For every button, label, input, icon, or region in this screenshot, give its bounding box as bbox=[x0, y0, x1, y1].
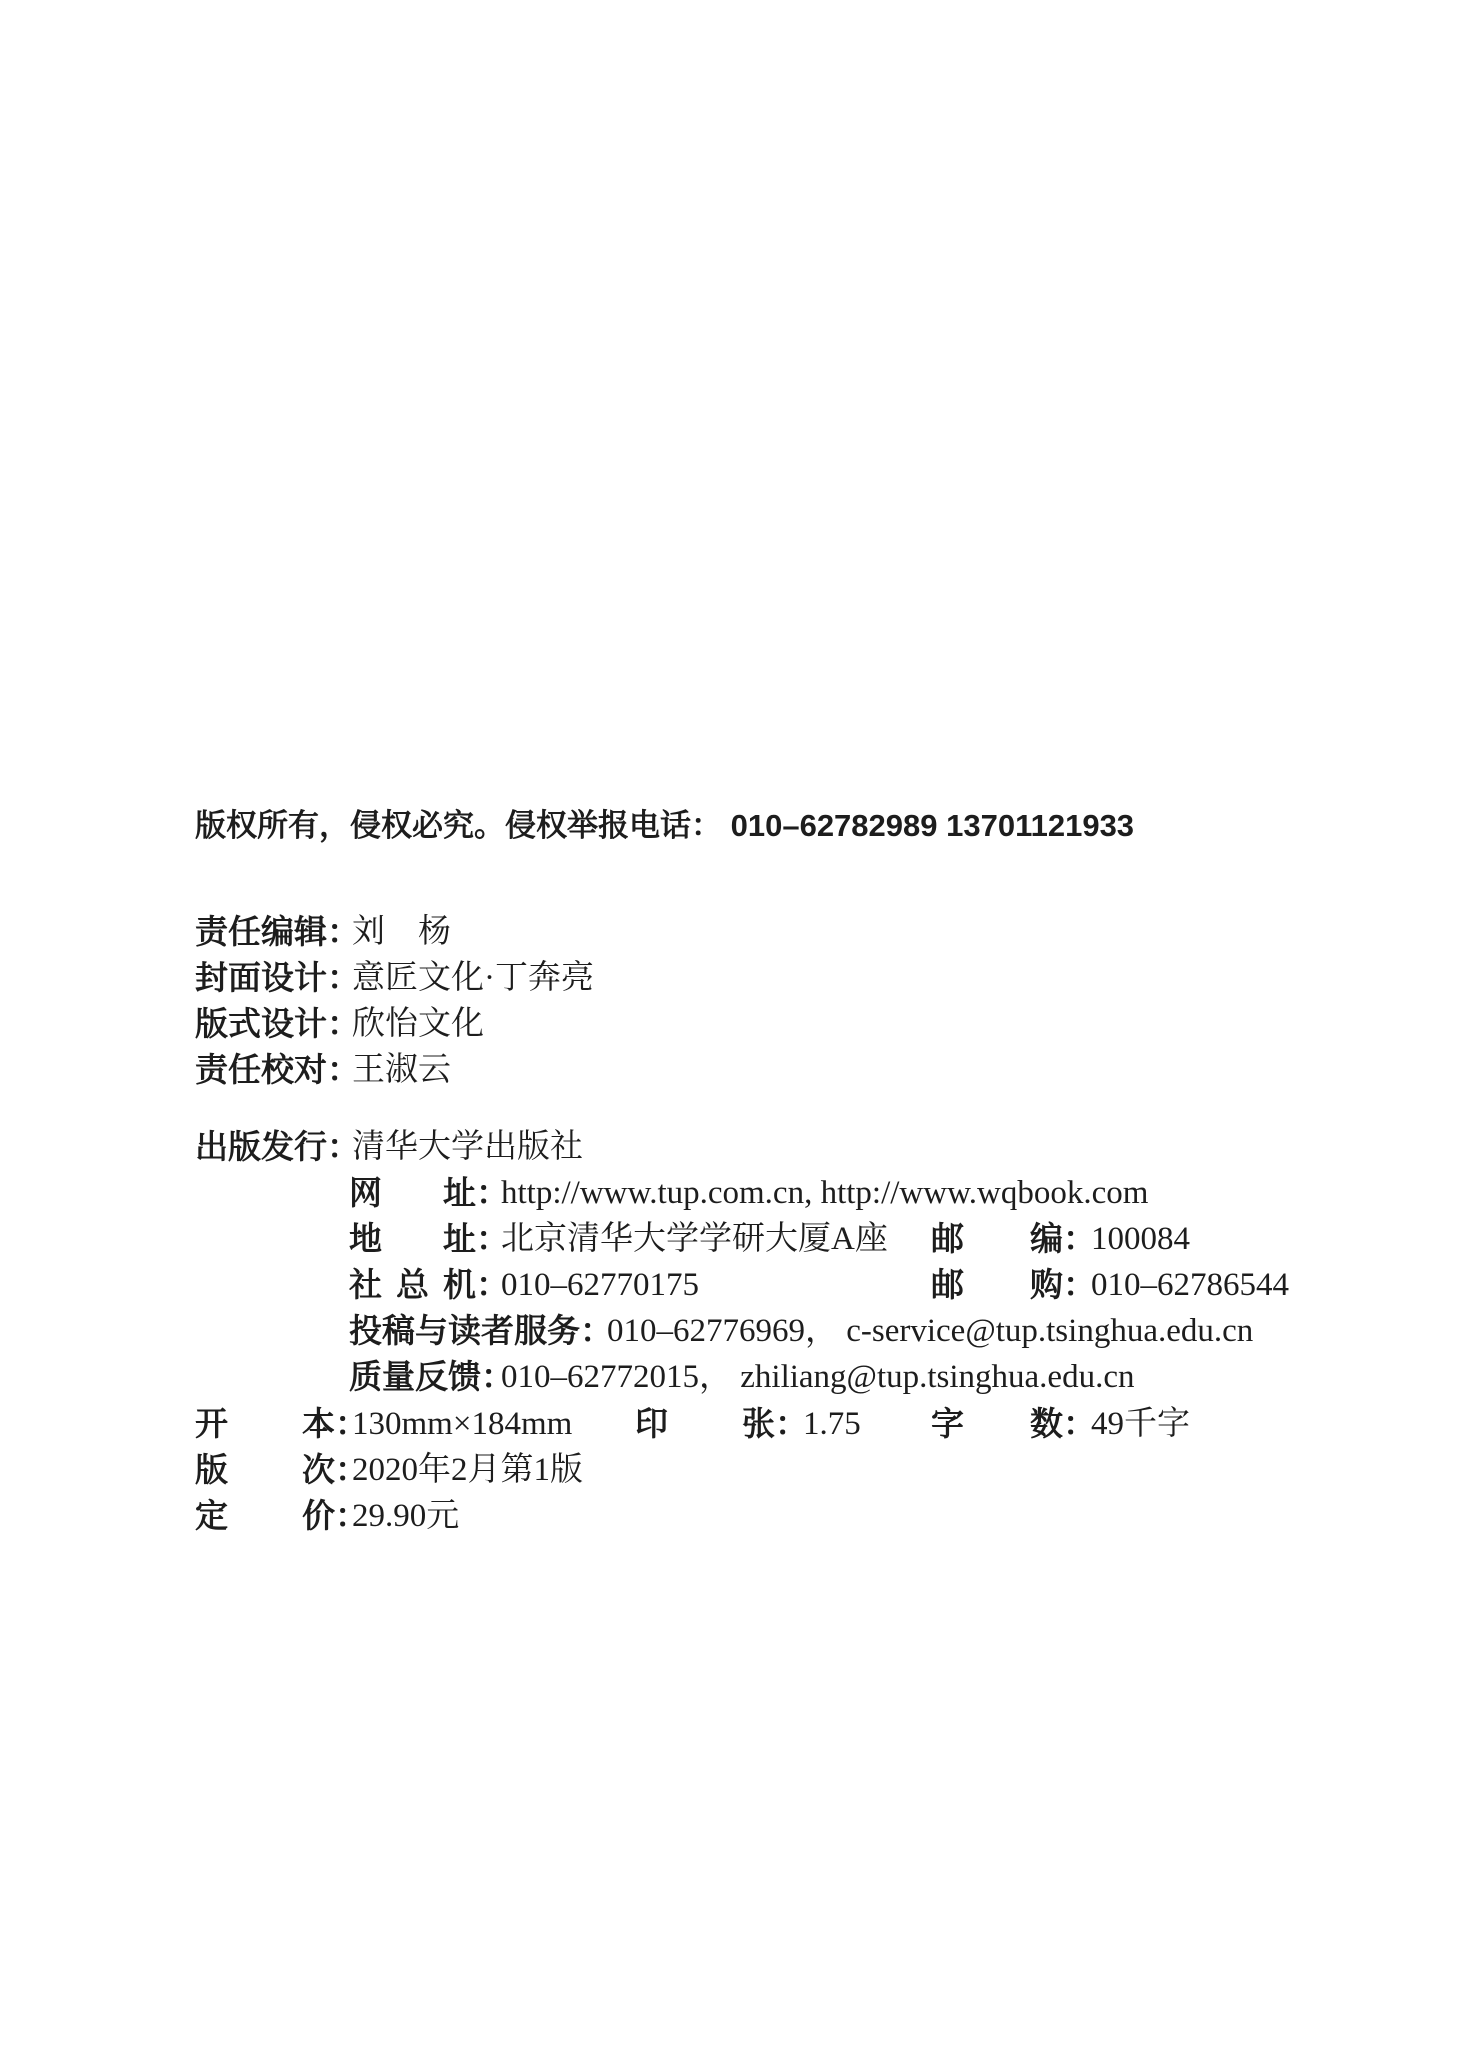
staff-label-text: 封面设计 bbox=[195, 955, 327, 1001]
address-label-text: 地址 bbox=[349, 1216, 476, 1262]
publisher-label: 出版发行： bbox=[195, 1124, 360, 1170]
publisher-address-row: 地址： 北京清华大学学研大厦A座 邮编： 100084 bbox=[0, 1216, 1466, 1262]
staff-label-text: 版式设计 bbox=[195, 1001, 327, 1047]
reader-service-value: 010–62776969， c-service@tup.tsinghua.edu… bbox=[607, 1308, 1253, 1354]
format-label: 开本： bbox=[195, 1401, 368, 1447]
publisher-website-row: 网址： http://www.tup.com.cn, http://www.wq… bbox=[0, 1170, 1466, 1216]
price-row: 定价： 29.90元 bbox=[0, 1493, 1466, 1539]
edition-row: 版次： 2020年2月第1版 bbox=[0, 1447, 1466, 1493]
publisher-label-text: 出版发行 bbox=[195, 1124, 327, 1170]
staff-label: 封面设计： bbox=[195, 955, 360, 1001]
staff-value: 意匠文化·丁奔亮 bbox=[352, 955, 594, 1001]
quality-feedback-label-text: 质量反馈 bbox=[349, 1354, 481, 1400]
mailorder-label: 邮购： bbox=[931, 1262, 1096, 1308]
price-value: 29.90元 bbox=[352, 1493, 459, 1539]
staff-row-layout-design: 版式设计： 欣怡文化 bbox=[0, 1001, 1466, 1047]
reader-service-label: 投稿与读者服务： bbox=[349, 1308, 613, 1354]
price-label-text: 定价 bbox=[195, 1493, 335, 1539]
staff-label: 责任编辑： bbox=[195, 909, 360, 955]
zipcode-value: 100084 bbox=[1091, 1216, 1190, 1262]
format-label-text: 开本 bbox=[195, 1401, 335, 1447]
address-value: 北京清华大学学研大厦A座 bbox=[501, 1216, 888, 1262]
quality-feedback-row: 质量反馈： 010–62772015， zhiliang@tup.tsinghu… bbox=[0, 1354, 1466, 1400]
format-row: 开本： 130mm×184mm 印张： 1.75 字数： 49千字 bbox=[0, 1401, 1466, 1447]
staff-label-text: 责任校对 bbox=[195, 1047, 327, 1093]
wordcount-label: 字数： bbox=[931, 1401, 1096, 1447]
reader-service-row: 投稿与读者服务： 010–62776969， c-service@tup.tsi… bbox=[0, 1308, 1466, 1354]
sheets-value: 1.75 bbox=[803, 1401, 861, 1447]
staff-row-cover-design: 封面设计： 意匠文化·丁奔亮 bbox=[0, 955, 1466, 1001]
staff-row-proofreader: 责任校对： 王淑云 bbox=[0, 1047, 1466, 1093]
zipcode-label: 邮编： bbox=[931, 1216, 1096, 1262]
switchboard-label-text: 社总机 bbox=[349, 1262, 476, 1308]
staff-row-editor: 责任编辑： 刘 杨 bbox=[0, 909, 1466, 955]
staff-value: 欣怡文化 bbox=[352, 1001, 484, 1047]
copyright-notice: 版权所有，侵权必究。侵权举报电话： 010–62782989 137011219… bbox=[195, 803, 1134, 849]
reader-service-label-text: 投稿与读者服务 bbox=[349, 1308, 580, 1354]
staff-value: 刘 杨 bbox=[352, 909, 451, 955]
staff-label: 责任校对： bbox=[195, 1047, 360, 1093]
website-label: 网址： bbox=[349, 1170, 509, 1216]
wordcount-value: 49千字 bbox=[1091, 1401, 1190, 1447]
publisher-row: 出版发行： 清华大学出版社 bbox=[0, 1124, 1466, 1170]
switchboard-label: 社总机： bbox=[349, 1262, 509, 1308]
copyright-notice-row: 版权所有，侵权必究。侵权举报电话： 010–62782989 137011219… bbox=[0, 803, 1466, 849]
address-label: 地址： bbox=[349, 1216, 509, 1262]
sheets-label-text: 印张 bbox=[635, 1401, 775, 1447]
format-value: 130mm×184mm bbox=[352, 1401, 572, 1447]
wordcount-label-text: 字数 bbox=[931, 1401, 1063, 1447]
staff-label-text: 责任编辑 bbox=[195, 909, 327, 955]
sheets-label: 印张： bbox=[635, 1401, 808, 1447]
zipcode-label-text: 邮编 bbox=[931, 1216, 1063, 1262]
quality-feedback-label: 质量反馈： bbox=[349, 1354, 514, 1400]
mailorder-value: 010–62786544 bbox=[1091, 1262, 1289, 1308]
staff-label: 版式设计： bbox=[195, 1001, 360, 1047]
staff-value: 王淑云 bbox=[352, 1047, 451, 1093]
quality-feedback-value: 010–62772015， zhiliang@tup.tsinghua.edu.… bbox=[501, 1354, 1134, 1400]
publisher-name: 清华大学出版社 bbox=[352, 1124, 583, 1170]
mailorder-label-text: 邮购 bbox=[931, 1262, 1063, 1308]
switchboard-value: 010–62770175 bbox=[501, 1262, 699, 1308]
copyright-page: 版权所有，侵权必究。侵权举报电话： 010–62782989 137011219… bbox=[0, 0, 1466, 2048]
price-label: 定价： bbox=[195, 1493, 368, 1539]
website-value: http://www.tup.com.cn, http://www.wqbook… bbox=[501, 1170, 1148, 1216]
edition-label-text: 版次 bbox=[195, 1447, 335, 1493]
edition-label: 版次： bbox=[195, 1447, 368, 1493]
publisher-switchboard-row: 社总机： 010–62770175 邮购： 010–62786544 bbox=[0, 1262, 1466, 1308]
website-label-text: 网址 bbox=[349, 1170, 476, 1216]
edition-value: 2020年2月第1版 bbox=[352, 1447, 583, 1493]
